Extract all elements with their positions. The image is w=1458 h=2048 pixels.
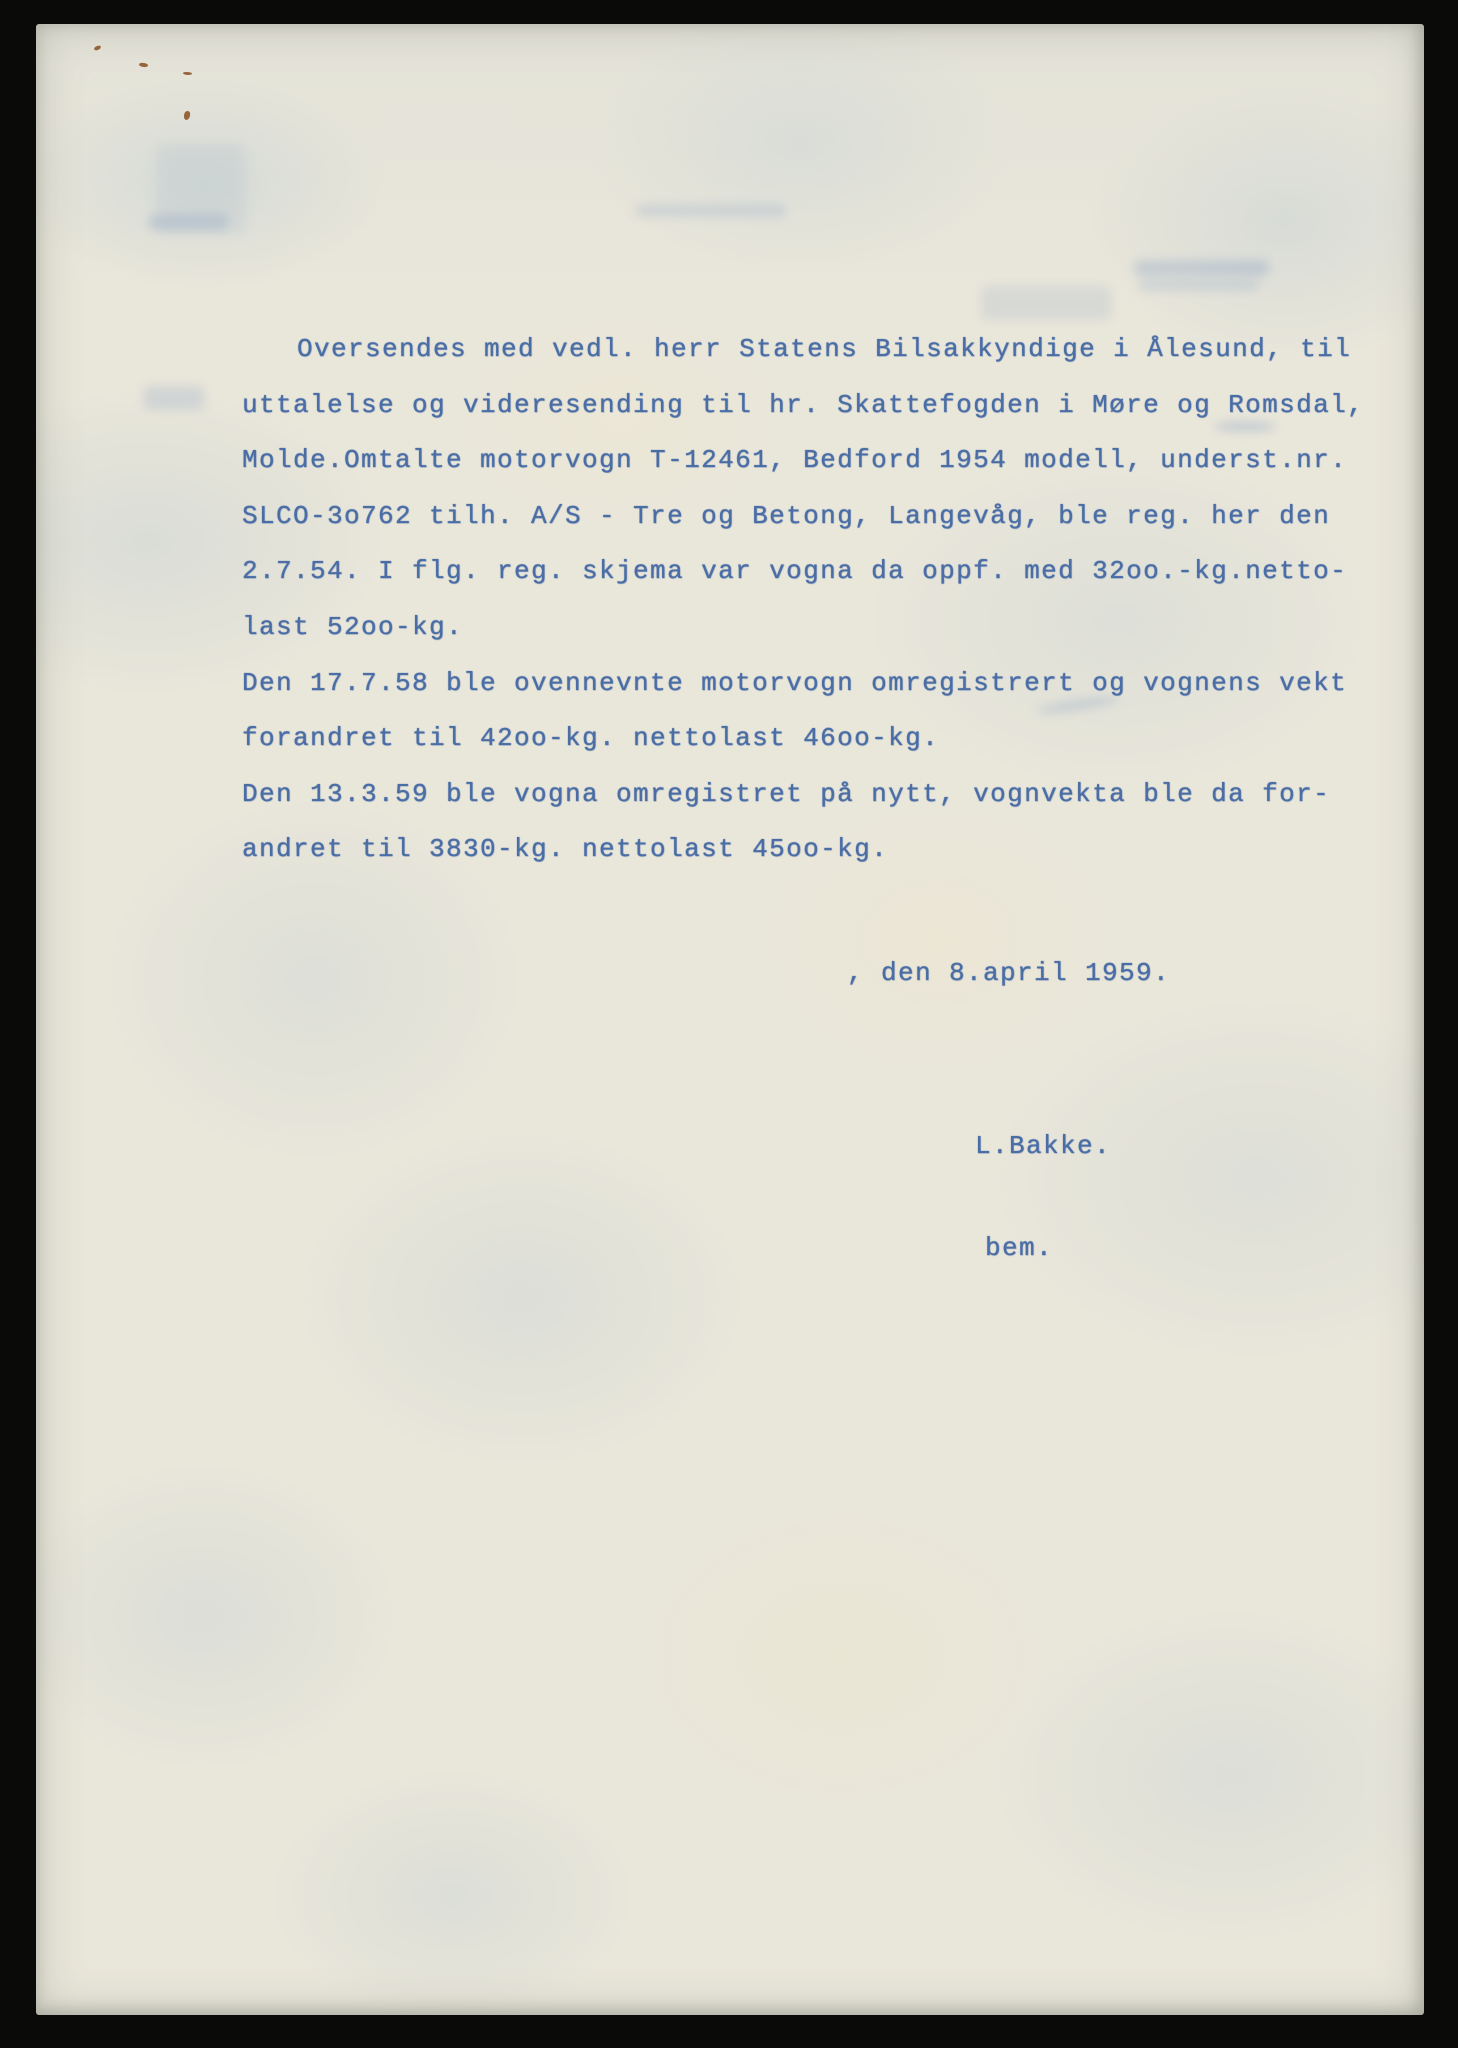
signature-block: L.Bakke. bem. (975, 1061, 1111, 1333)
paper-sheet: Oversendes med vedl. herr Statens Bilsak… (36, 24, 1424, 2015)
typewritten-line: Molde.Omtalte motorvogn T-12461, Bedford… (242, 433, 1412, 489)
typewritten-line: Den 13.3.59 ble vogna omregistret på nyt… (242, 767, 1412, 823)
typewritten-line: SLCO-3o762 tilh. A/S - Tre og Betong, La… (242, 489, 1412, 545)
scanned-letter: Oversendes med vedl. herr Statens Bilsak… (0, 0, 1458, 2048)
letter-date: , den 8.april 1959. (847, 957, 1170, 990)
letter-body: Oversendes med vedl. herr Statens Bilsak… (242, 322, 1412, 878)
rust-speck (94, 45, 102, 51)
ink-bleedthrough-smudge (156, 144, 246, 234)
typewritten-line: last 52oo-kg. (242, 600, 1412, 656)
typewritten-line: uttalelse og videresending til hr. Skatt… (242, 378, 1412, 434)
typewritten-line: Den 17.7.58 ble ovennevnte motorvogn omr… (242, 656, 1412, 712)
ink-bleedthrough-smudge (981, 286, 1111, 320)
typewritten-line: 2.7.54. I flg. reg. skjema var vogna da … (242, 544, 1412, 600)
rust-speck (183, 72, 192, 76)
ink-bleedthrough-smudge (1134, 260, 1269, 276)
typewritten-line: andret til 3830-kg. nettolast 45oo-kg. (242, 822, 1412, 878)
typewritten-line: Oversendes med vedl. herr Statens Bilsak… (242, 322, 1412, 378)
ink-bleedthrough-smudge (636, 204, 786, 217)
signature-name: L.Bakke. (975, 1129, 1111, 1163)
ink-bleedthrough-smudge (1139, 279, 1259, 291)
rust-speck (183, 111, 190, 121)
typewritten-line: forandret til 42oo-kg. nettolast 46oo-kg… (242, 711, 1412, 767)
ink-bleedthrough-smudge (144, 386, 204, 410)
signature-title: bem. (975, 1231, 1111, 1265)
rust-speck (139, 62, 149, 68)
